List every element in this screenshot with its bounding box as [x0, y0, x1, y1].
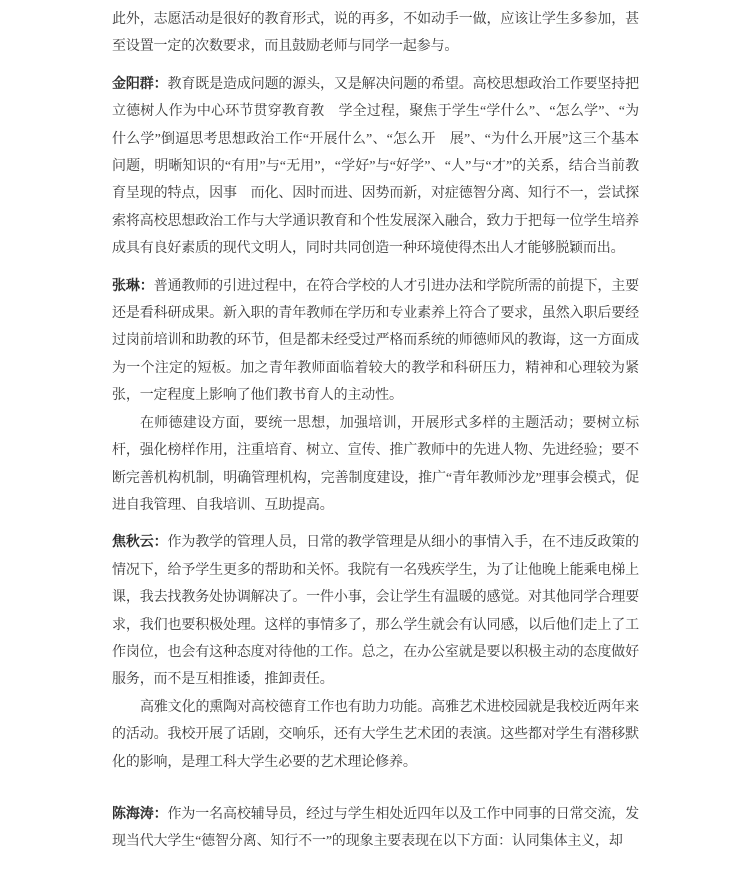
- paragraph-speaker-zhang-lin: 张琳：普通教师的引进过程中，在符合学校的人才引进办法和学院所需的前提下，主要还是…: [112, 273, 639, 410]
- document-page: 此外，志愿活动是很好的教育形式，说的再多，不如动手一做，应该让学生多参加，甚至设…: [0, 0, 750, 894]
- speaker-name: 陈海涛：: [112, 807, 167, 822]
- speaker-name: 焦秋云：: [112, 535, 167, 550]
- paragraph-text: 教育既是造成问题的源头，又是解决问题的希望。高校思想政治工作要坚持把立德树人作为…: [112, 77, 639, 256]
- paragraph-zhang-lin-continued: 在师德建设方面，要统一思想，加强培训，开展形式多样的主题活动；要树立标杆，强化榜…: [112, 410, 639, 520]
- speaker-name: 金阳群：: [112, 77, 167, 92]
- paragraph-jiao-qiu-yun-continued: 高雅文化的熏陶对高校德育工作也有助力功能。高雅艺术进校园就是我校近两年来的活动。…: [112, 694, 639, 776]
- paragraph-text: 高雅文化的熏陶对高校德育工作也有助力功能。高雅艺术进校园就是我校近两年来的活动。…: [112, 700, 639, 770]
- paragraph-speaker-chen-hai-tao: 陈海涛：作为一名高校辅导员，经过与学生相处近四年以及工作中同事的日常交流，发现当…: [112, 801, 639, 856]
- paragraph-text: 作为一名高校辅导员，经过与学生相处近四年以及工作中同事的日常交流，发现当代大学生…: [112, 807, 639, 849]
- speaker-name: 张琳：: [112, 279, 154, 294]
- paragraph-intro-continuation: 此外，志愿活动是很好的教育形式，说的再多，不如动手一做，应该让学生多参加，甚至设…: [112, 6, 639, 61]
- paragraph-speaker-jiao-qiu-yun: 焦秋云：作为教学的管理人员，日常的教学管理是从细小的事情入手，在不违反政策的情况…: [112, 529, 639, 693]
- paragraph-speaker-jin-yang-qun: 金阳群：教育既是造成问题的源头，又是解决问题的希望。高校思想政治工作要坚持把立德…: [112, 71, 639, 263]
- paragraph-text: 此外，志愿活动是很好的教育形式，说的再多，不如动手一做，应该让学生多参加，甚至设…: [112, 12, 639, 54]
- paragraph-text: 作为教学的管理人员，日常的教学管理是从细小的事情入手，在不违反政策的情况下，给予…: [112, 535, 639, 687]
- paragraph-text: 在师德建设方面，要统一思想，加强培训，开展形式多样的主题活动；要树立标杆，强化榜…: [112, 416, 639, 513]
- paragraph-text: 普通教师的引进过程中，在符合学校的人才引进办法和学院所需的前提下，主要还是看科研…: [112, 279, 639, 404]
